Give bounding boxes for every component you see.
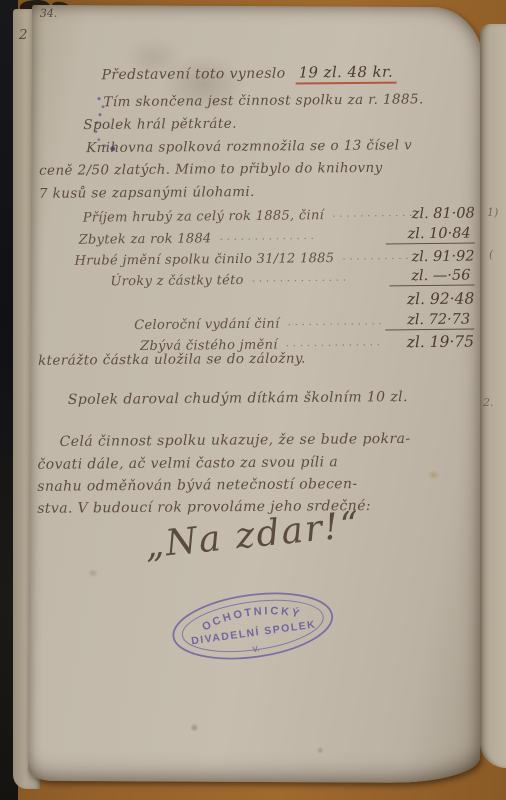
stamp-text-bottom: V.: [252, 644, 260, 654]
margin-mark: (: [489, 248, 493, 261]
leader-dots: · · · · · · · · · · · · · ·: [324, 209, 412, 223]
ledger-row: · · · · · · · · · · · · · · zl. 92·48: [54, 288, 474, 312]
leader-dots: · · · · · · · · · · · · · ·: [244, 273, 390, 288]
row-label: Hrubé jmění spolku činilo 31/12 1885: [74, 251, 334, 269]
photo-background: 2 34. Představení toto vyneslo19 zl. 48 …: [0, 0, 506, 800]
line-performance-text: Představení toto vyneslo: [101, 66, 285, 84]
row-amount: zl. 10·84: [386, 226, 475, 245]
margin-mark: 2.: [483, 396, 494, 409]
line-library-pieces: 7 kusů se zapsanými úlohami.: [39, 184, 255, 202]
leader-dots: · · · · · · · · · · · · · ·: [279, 317, 385, 331]
row-label: Zbytek za rok 1884: [79, 231, 212, 247]
row-label: Celoroční vydání činí: [134, 317, 279, 334]
ledger-row: Příjem hrubý za celý rok 1885, činí · · …: [55, 202, 475, 226]
line-performance: Představení toto vyneslo19 zl. 48 kr.: [101, 63, 396, 84]
line-library-value: ceně 2/50 zlatých. Mimo to přibylo do kn…: [39, 160, 383, 179]
row-amount: zl. 19·75: [407, 333, 475, 352]
line-library-growth: Knihovna spolková rozmnožila se o 13 čís…: [86, 137, 412, 156]
theatre-society-stamp: OCHOTNICKÝ DIVADELNÍ SPOLEK V.: [155, 566, 350, 686]
row-label: Příjem hrubý za celý rok 1885, činí: [83, 208, 324, 226]
line-activity-closed: Tím skončena jest činnost spolku za r. 1…: [103, 91, 423, 110]
row-amount: zl. 92·48: [407, 290, 475, 309]
leader-dots: · · · · · · · · · · · · · ·: [334, 252, 411, 266]
ledger-note: kterážto částka uložila se do záložny.: [38, 351, 306, 369]
under-page-number: 2: [19, 27, 28, 43]
row-amount: zl. —·56: [389, 268, 474, 287]
ink-dots: [98, 97, 101, 100]
donation-line: Spolek daroval chudým dítkám školním 10 …: [68, 389, 408, 408]
row-label: Úroky z částky této: [110, 273, 243, 289]
line-played-five-times: Spolek hrál pětkráte.: [83, 116, 237, 133]
leader-dots: · · · · · · · · · · · · · ·: [212, 231, 386, 246]
row-amount: zl. 91·92: [411, 249, 474, 266]
row-amount: zl. 72·73: [385, 312, 474, 331]
paragraph-line-1: Celá činnost spolku ukazuje, že se bude …: [60, 431, 411, 450]
right-page-strip: 1) ( 2.: [480, 24, 506, 768]
main-page: 34. Představení toto vyneslo19 zl. 48 kr…: [28, 5, 484, 783]
row-amount: zl. 81·08: [412, 206, 475, 223]
page-number: 34.: [40, 7, 58, 20]
margin-mark: 1): [487, 206, 498, 219]
paragraph-line-3: snahu odměňován bývá netečností obecen-: [37, 476, 357, 495]
paragraph-line-2: čovati dále, ač velmi často za svou píli…: [37, 454, 338, 473]
ledger-row: Úroky z částky této · · · · · · · · · · …: [54, 266, 474, 290]
underlined-amount: 19 zl. 48 kr.: [295, 63, 396, 85]
